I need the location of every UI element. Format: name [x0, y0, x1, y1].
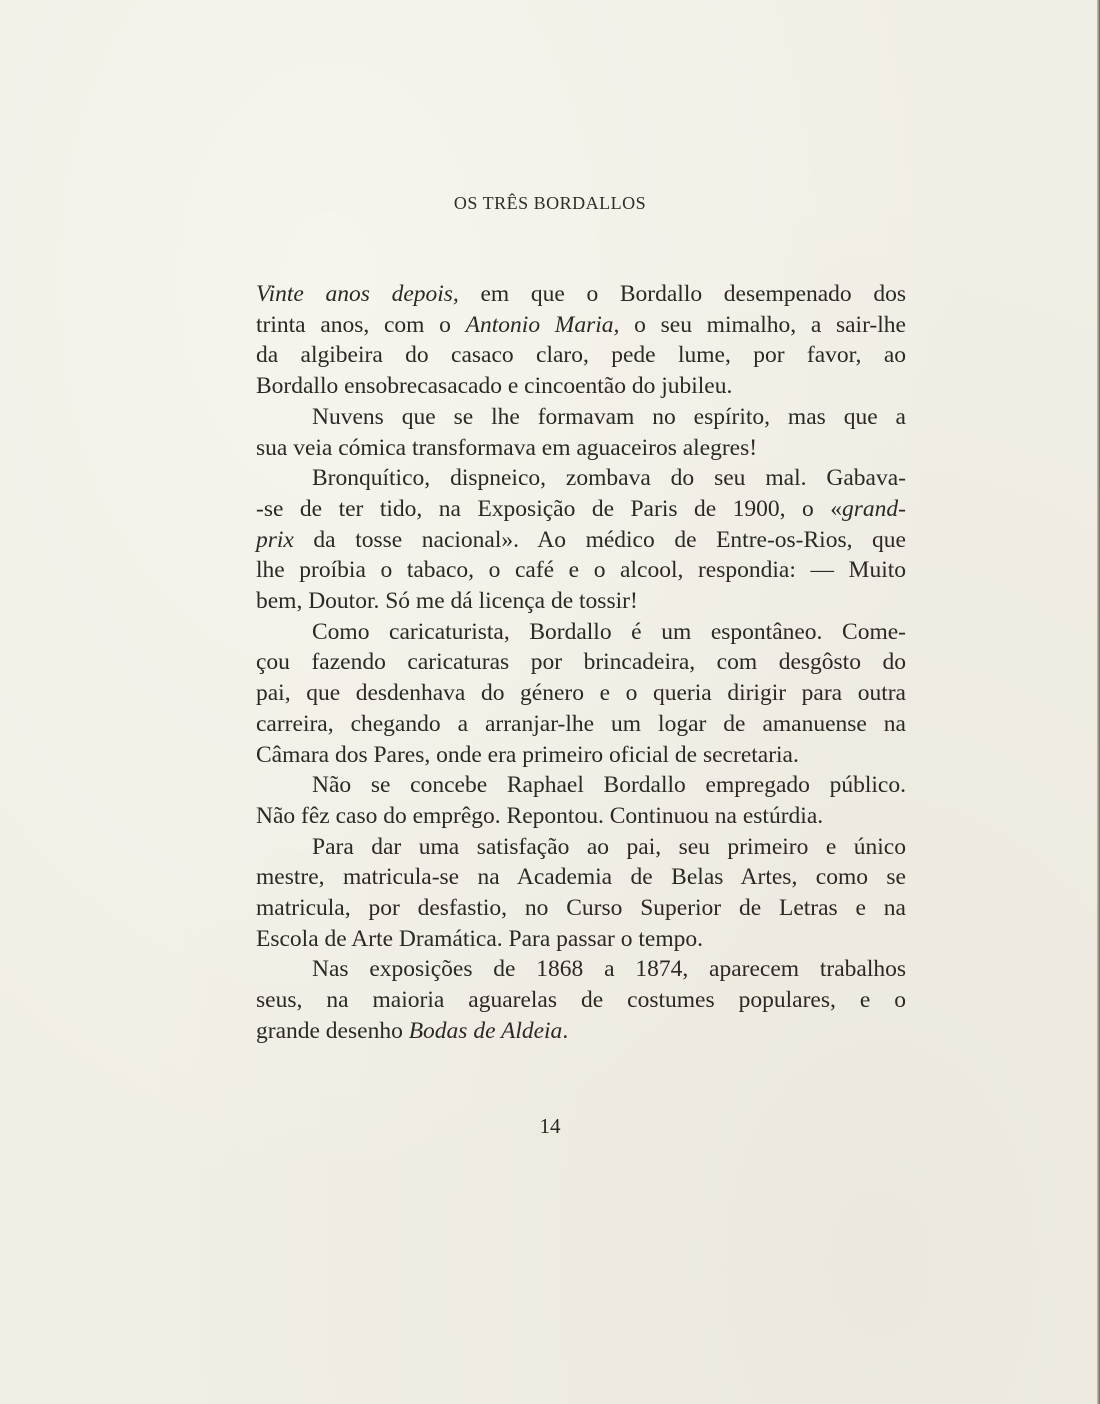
paragraph: Nuvens que se lhe formavam no espírito, …	[256, 402, 906, 463]
text-run: Como caricaturista, Bordallo é um espont…	[312, 619, 906, 645]
text-line: Para dar uma satisfação ao pai, seu prim…	[256, 832, 906, 863]
text-line: da algibeira do casaco claro, pede lume,…	[256, 340, 906, 371]
text-run: matricula, por desfastio, no Curso Super…	[256, 895, 906, 921]
text-run: grande desenho	[256, 1018, 409, 1044]
text-line: pai, que desdenhava do género e o queria…	[256, 678, 906, 709]
text-line: çou fazendo caricaturas por brincadeira,…	[256, 647, 906, 678]
text-run: sua veia cómica transformava em aguaceir…	[256, 435, 757, 461]
running-head: OS TRÊS BORDALLOS	[0, 193, 1100, 214]
text-run: .	[562, 1018, 568, 1044]
italic-text: Bodas de Aldeia	[409, 1018, 563, 1044]
italic-text: Vinte anos depois,	[256, 281, 459, 307]
body-text: Vinte anos depois, em que o Bordallo des…	[256, 279, 906, 1047]
text-line: bem, Doutor. Só me dá licença de tossir!	[256, 586, 906, 617]
paragraph: Para dar uma satisfação ao pai, seu prim…	[256, 832, 906, 955]
text-run: carreira, chegando a arranjar-lhe um log…	[256, 711, 906, 737]
text-run: o seu mimalho, a sair-lhe	[619, 312, 906, 338]
paragraph: Bronquítico, dispneico, zombava do seu m…	[256, 463, 906, 617]
text-run: da algibeira do casaco claro, pede lume,…	[256, 342, 906, 368]
text-line: Nas exposições de 1868 a 1874, aparecem …	[256, 954, 906, 985]
text-line: lhe proíbia o tabaco, o café e o alcool,…	[256, 555, 906, 586]
text-run: da tosse nacional». Ao médico de Entre-o…	[294, 527, 906, 553]
text-run: Não fêz caso do emprêgo. Repontou. Conti…	[256, 803, 823, 829]
text-run: Escola de Arte Dramática. Para passar o …	[256, 926, 703, 952]
paragraph: Nas exposições de 1868 a 1874, aparecem …	[256, 954, 906, 1046]
text-run: bem, Doutor. Só me dá licença de tossir!	[256, 588, 638, 614]
text-run: em que o Bordallo desempenado dos	[459, 281, 906, 307]
text-line: Câmara dos Pares, onde era primeiro ofic…	[256, 740, 906, 771]
text-run: Bronquítico, dispneico, zombava do seu m…	[312, 465, 906, 491]
text-line: carreira, chegando a arranjar-lhe um log…	[256, 709, 906, 740]
text-line: Escola de Arte Dramática. Para passar o …	[256, 924, 906, 955]
text-line: Bordallo ensobrecasacado e cincoentão do…	[256, 371, 906, 402]
text-run: mestre, matricula-se na Academia de Bela…	[256, 864, 906, 890]
text-line: Não fêz caso do emprêgo. Repontou. Conti…	[256, 801, 906, 832]
text-run: çou fazendo caricaturas por brincadeira,…	[256, 649, 906, 675]
text-line: sua veia cómica transformava em aguaceir…	[256, 433, 906, 464]
text-run: Nuvens que se lhe formavam no espírito, …	[312, 404, 906, 430]
text-line: Nuvens que se lhe formavam no espírito, …	[256, 402, 906, 433]
italic-text: prix	[256, 527, 294, 553]
text-run: Câmara dos Pares, onde era primeiro ofic…	[256, 742, 799, 768]
text-run: Não se concebe Raphael Bordallo empregad…	[312, 772, 906, 798]
text-line: -se de ter tido, na Exposição de Paris d…	[256, 494, 906, 525]
paragraph: Não se concebe Raphael Bordallo empregad…	[256, 770, 906, 831]
text-line: prix da tosse nacional». Ao médico de En…	[256, 525, 906, 556]
text-run: -se de ter tido, na Exposição de Paris d…	[256, 496, 842, 522]
text-run: pai, que desdenhava do género e o queria…	[256, 680, 906, 706]
text-line: Como caricaturista, Bordallo é um espont…	[256, 617, 906, 648]
text-run: trinta anos, com o	[256, 312, 466, 338]
text-line: Bronquítico, dispneico, zombava do seu m…	[256, 463, 906, 494]
text-line: Não se concebe Raphael Bordallo empregad…	[256, 770, 906, 801]
text-line: trinta anos, com o Antonio Maria, o seu …	[256, 310, 906, 341]
paragraph: Vinte anos depois, em que o Bordallo des…	[256, 279, 906, 402]
text-run: seus, na maioria aguarelas de costumes p…	[256, 987, 906, 1013]
text-line: mestre, matricula-se na Academia de Bela…	[256, 862, 906, 893]
text-run: Para dar uma satisfação ao pai, seu prim…	[312, 834, 906, 860]
page-number: 14	[0, 1114, 1100, 1139]
text-line: grande desenho Bodas de Aldeia.	[256, 1016, 906, 1047]
italic-text: Antonio Maria,	[466, 312, 620, 338]
text-run: lhe proíbia o tabaco, o café e o alcool,…	[256, 557, 906, 583]
paragraph: Como caricaturista, Bordallo é um espont…	[256, 617, 906, 771]
text-line: matricula, por desfastio, no Curso Super…	[256, 893, 906, 924]
text-run: Bordallo ensobrecasacado e cincoentão do…	[256, 373, 732, 399]
text-line: seus, na maioria aguarelas de costumes p…	[256, 985, 906, 1016]
italic-text: grand-	[842, 496, 906, 522]
text-line: Vinte anos depois, em que o Bordallo des…	[256, 279, 906, 310]
book-page: OS TRÊS BORDALLOS Vinte anos depois, em …	[0, 0, 1100, 1404]
text-run: Nas exposições de 1868 a 1874, aparecem …	[312, 956, 906, 982]
